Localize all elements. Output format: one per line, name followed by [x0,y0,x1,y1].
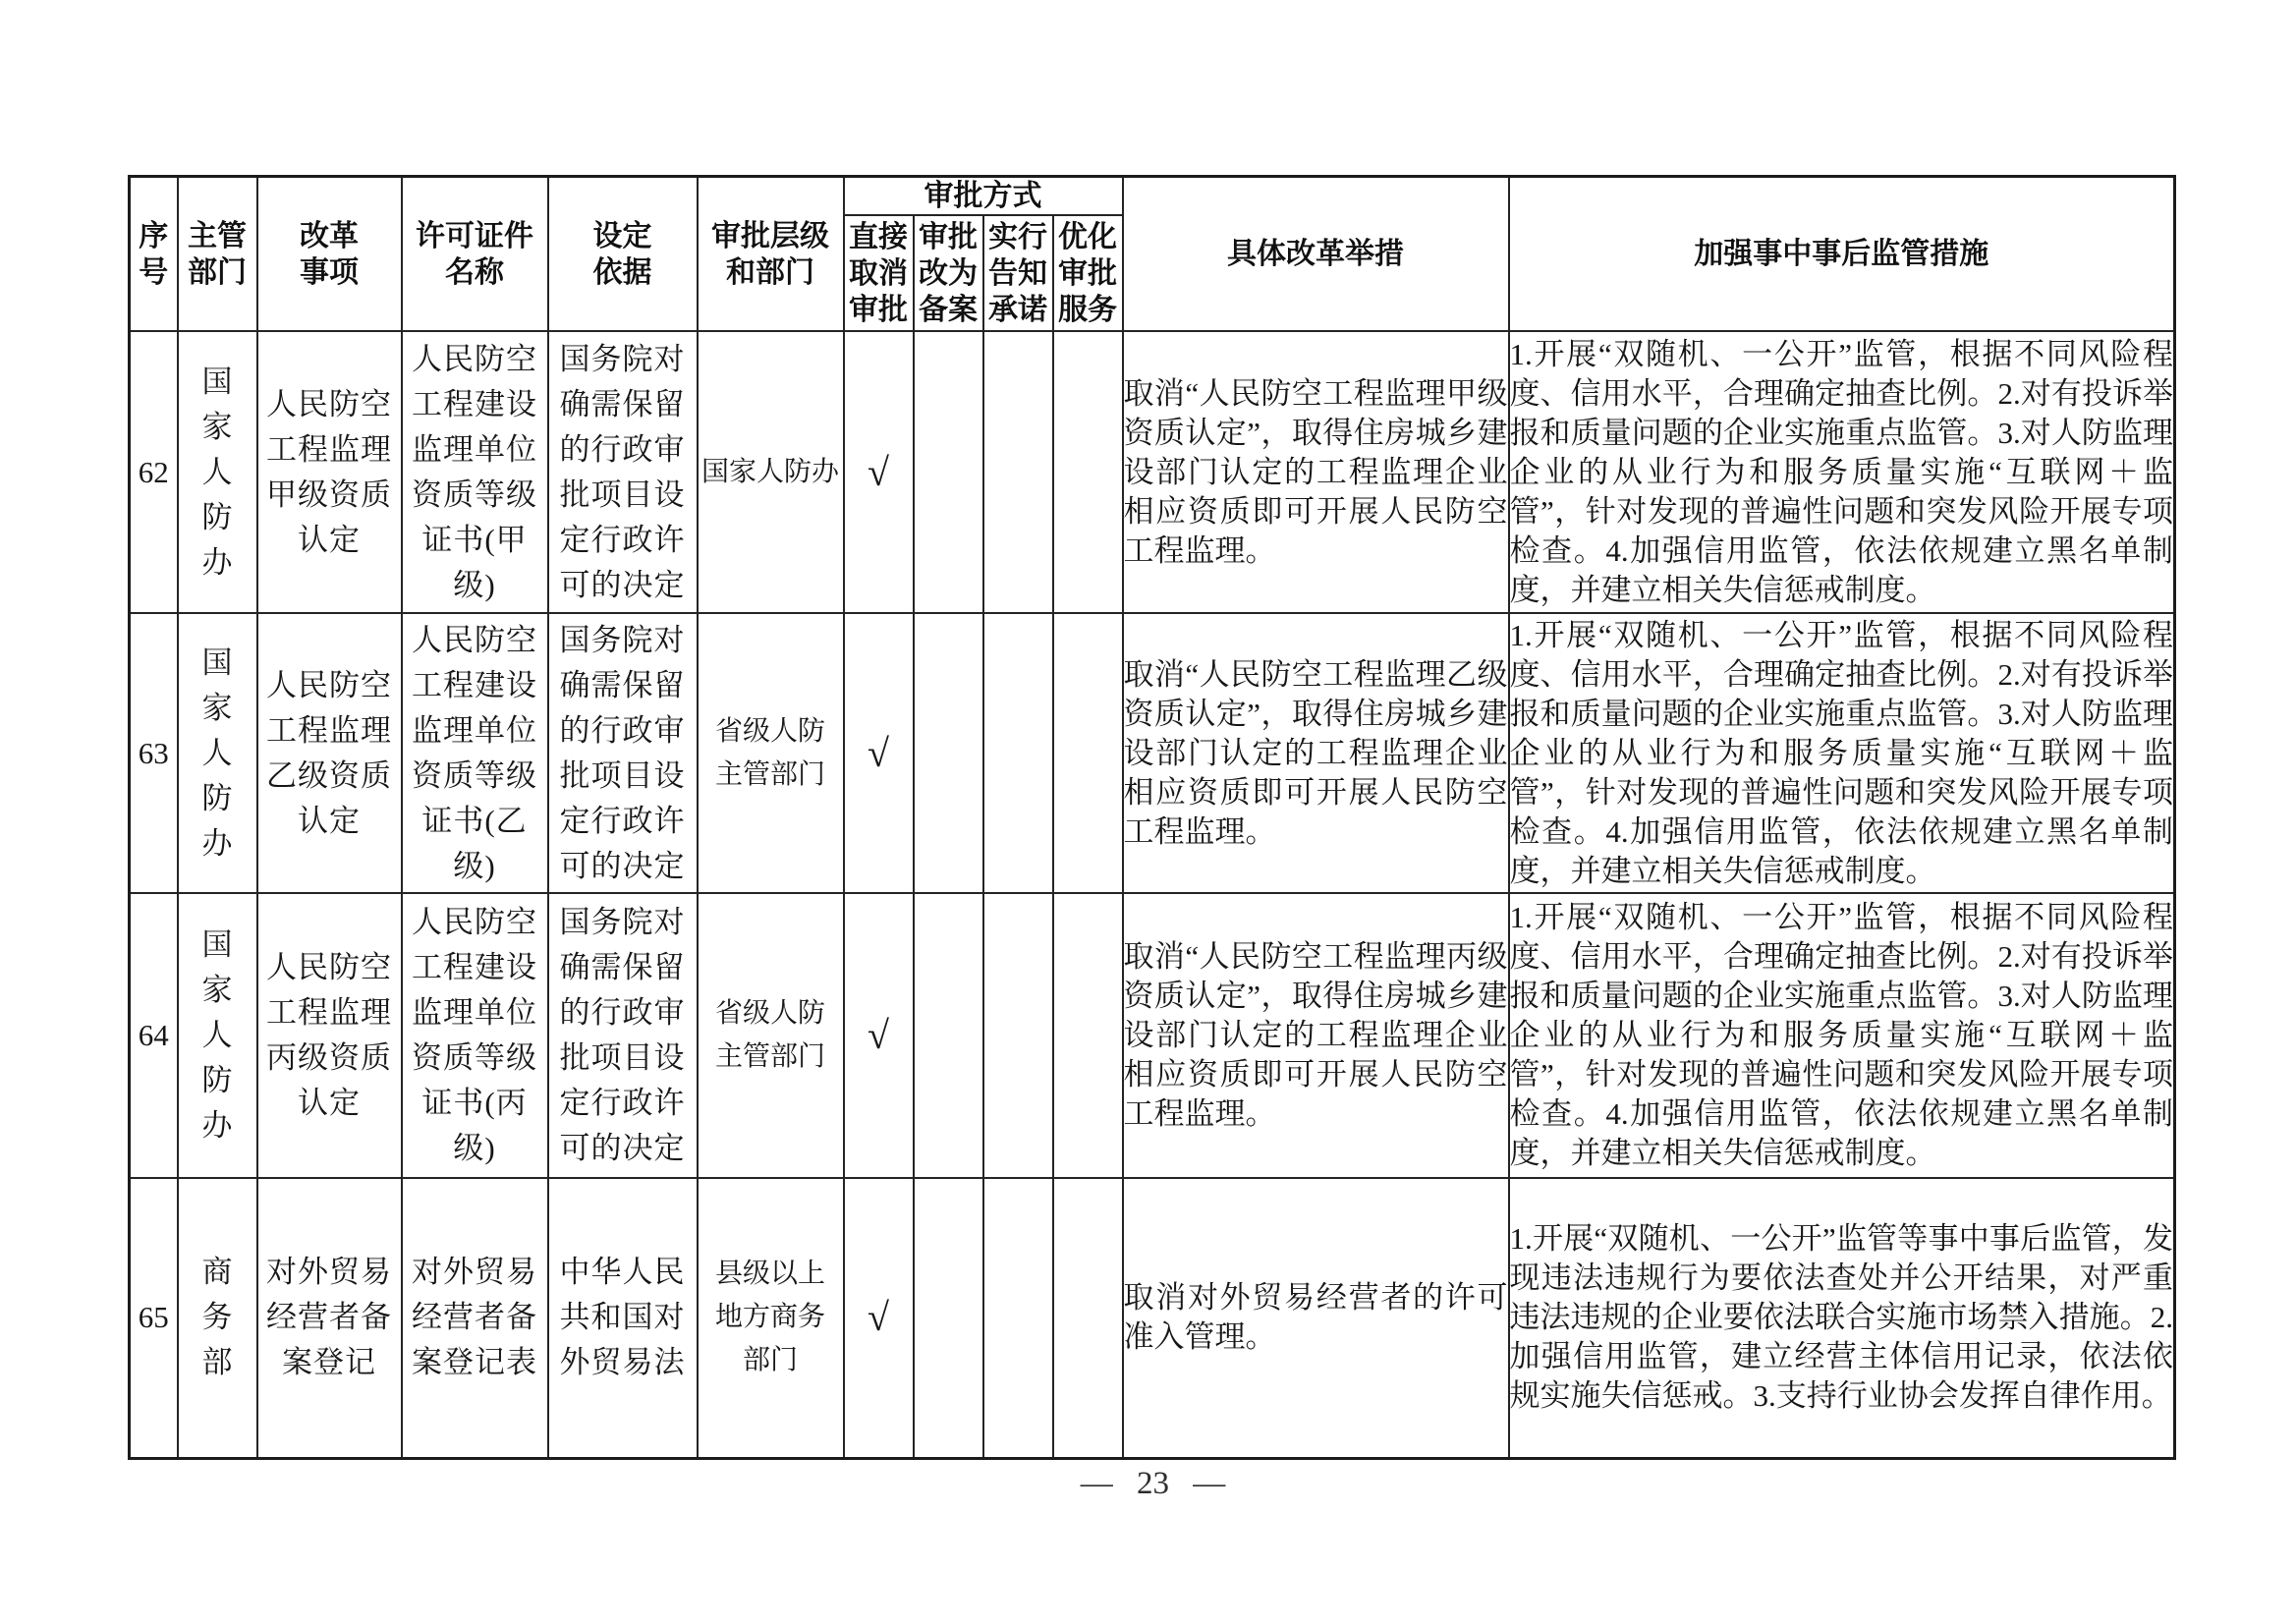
row-62-approval-level: 国家人防办 [698,331,844,613]
col-header-reform-item: 改革 事项 [257,177,402,332]
row-64-department: 国家人防办 [178,893,257,1178]
row-64-supervision-measures: 1.开展“双随机、一公开”监管，根据不同风险程度、信用水平，合理确定抽查比例。2… [1509,893,2175,1178]
col-header-optimize-service: 优化 审批 服务 [1053,215,1123,331]
row-63-department: 国家人防办 [178,613,257,893]
row-62-basis: 国务院对 确需保留 的行政审 批项目设 定行政许 可的决定 [548,331,698,613]
row-65-change-to-filing [914,1178,983,1458]
row-65-direct-cancel-checkmark: √ [844,1178,914,1458]
row-63-specific-measures: 取消“人民防空工程监理乙级资质认定”，取得住房城乡建设部门认定的工程监理企业相应… [1123,613,1509,893]
row-63-department-text: 国家人防办 [199,641,235,867]
row-65-department-text: 商务部 [199,1250,235,1385]
row-63-serial: 63 [130,613,178,893]
row-62-direct-cancel-checkmark: √ [844,331,914,613]
row-63-direct-cancel-checkmark: √ [844,613,914,893]
row-62-reform-item: 人民防空 工程监理 甲级资质 认定 [257,331,402,613]
row-63-change-to-filing [914,613,983,893]
row-64-serial: 64 [130,893,178,1178]
row-63-license-name: 人民防空 工程建设 监理单位 资质等级 证书(乙级) [402,613,548,893]
row-65-serial: 65 [130,1178,178,1458]
row-65-license-name: 对外贸易 经营者备 案登记表 [402,1178,548,1458]
row-65-department: 商务部 [178,1178,257,1458]
table-row-65: 65 商务部 对外贸易 经营者备 案登记 对外贸易 经营者备 案登记表 中华人民… [130,1178,2175,1458]
row-62-department-text: 国家人防办 [199,360,235,586]
row-65-optimize-service [1053,1178,1123,1458]
row-62-license-name: 人民防空 工程建设 监理单位 资质等级 证书(甲级) [402,331,548,613]
row-62-specific-measures: 取消“人民防空工程监理甲级资质认定”，取得住房城乡建设部门认定的工程监理企业相应… [1123,331,1509,613]
col-header-direct-cancel: 直接 取消 审批 [844,215,914,331]
row-63-supervision-measures: 1.开展“双随机、一公开”监管，根据不同风险程度、信用水平，合理确定抽查比例。2… [1509,613,2175,893]
row-64-basis: 国务院对 确需保留 的行政审 批项目设 定行政许 可的决定 [548,893,698,1178]
row-62-serial: 62 [130,331,178,613]
row-65-specific-measures: 取消对外贸易经营者的许可准入管理。 [1123,1178,1509,1458]
document-page: 序 号 主管 部门 改革 事项 许可证件 名称 设定 依据 审批层级 和部门 审… [0,0,2296,1624]
col-header-license-name: 许可证件 名称 [402,177,548,332]
row-65-reform-item: 对外贸易 经营者备 案登记 [257,1178,402,1458]
row-65-approval-level: 县级以上 地方商务 部门 [698,1178,844,1458]
row-65-basis: 中华人民 共和国对 外贸易法 [548,1178,698,1458]
row-65-notification-commitment [983,1178,1053,1458]
row-62-change-to-filing [914,331,983,613]
table-row-62: 62 国家人防办 人民防空 工程监理 甲级资质 认定 人民防空 工程建设 监理单… [130,331,2175,613]
page-number: — 23 — [128,1466,2178,1502]
col-header-approval-method-group: 审批方式 [844,177,1123,216]
row-64-optimize-service [1053,893,1123,1178]
col-header-department: 主管 部门 [178,177,257,332]
col-header-change-to-filing: 审批 改为 备案 [914,215,983,331]
row-62-optimize-service [1053,331,1123,613]
col-header-basis: 设定 依据 [548,177,698,332]
row-64-reform-item: 人民防空 工程监理 丙级资质 认定 [257,893,402,1178]
table-row-64: 64 国家人防办 人民防空 工程监理 丙级资质 认定 人民防空 工程建设 监理单… [130,893,2175,1178]
col-header-notification-commitment: 实行 告知 承诺 [983,215,1053,331]
reform-items-table: 序 号 主管 部门 改革 事项 许可证件 名称 设定 依据 审批层级 和部门 审… [128,175,2176,1460]
row-63-approval-level: 省级人防 主管部门 [698,613,844,893]
row-64-approval-level: 省级人防 主管部门 [698,893,844,1178]
row-65-supervision-measures: 1.开展“双随机、一公开”监管等事中事后监管，发现违法违规行为要依法查处并公开结… [1509,1178,2175,1458]
row-63-optimize-service [1053,613,1123,893]
col-header-approval-level: 审批层级 和部门 [698,177,844,332]
col-header-specific-measures: 具体改革举措 [1123,177,1509,332]
row-63-reform-item: 人民防空 工程监理 乙级资质 认定 [257,613,402,893]
row-62-notification-commitment [983,331,1053,613]
col-header-serial: 序 号 [130,177,178,332]
row-64-specific-measures: 取消“人民防空工程监理丙级资质认定”，取得住房城乡建设部门认定的工程监理企业相应… [1123,893,1509,1178]
row-64-department-text: 国家人防办 [199,923,235,1148]
row-64-direct-cancel-checkmark: √ [844,893,914,1178]
row-62-department: 国家人防办 [178,331,257,613]
row-63-notification-commitment [983,613,1053,893]
row-63-basis: 国务院对 确需保留 的行政审 批项目设 定行政许 可的决定 [548,613,698,893]
table-row-63: 63 国家人防办 人民防空 工程监理 乙级资质 认定 人民防空 工程建设 监理单… [130,613,2175,893]
row-64-change-to-filing [914,893,983,1178]
row-64-license-name: 人民防空 工程建设 监理单位 资质等级 证书(丙级) [402,893,548,1178]
row-62-supervision-measures: 1.开展“双随机、一公开”监管，根据不同风险程度、信用水平，合理确定抽查比例。2… [1509,331,2175,613]
row-64-notification-commitment [983,893,1053,1178]
col-header-supervision-measures: 加强事中事后监管措施 [1509,177,2175,332]
